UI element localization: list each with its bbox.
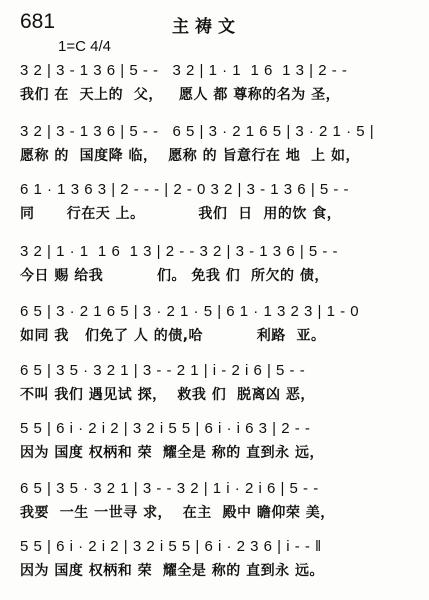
notation-line: 3 2 | 1 · 1 1 6 1 3 | 2 - - 3 2 | 3 - 1 … [20, 243, 338, 260]
lyrics-line: 如同 我 们免了 人 的债,哈 利路 亚。 [20, 325, 326, 345]
lyrics-line: 我要 一生 一世寻 求， 在主 殿中 瞻仰荣 美， [20, 502, 335, 522]
lyrics-line: 因为 国度 权柄和 荣 耀全是 称的 直到永 远， [20, 442, 324, 462]
lyrics-line: 不叫 我们 遇见试 探， 救我 们 脱离凶 恶， [20, 384, 315, 404]
lyrics-line: 因为 国度 权柄和 荣 耀全是 称的 直到永 远。 [20, 560, 324, 580]
notation-line: 5 5 | 6 i · 2 i 2 | 3 2 i 5 5 | 6 i · 2 … [20, 538, 322, 555]
hymn-title: 主祷文 [172, 12, 241, 37]
key-time-signature: 1=C 4/4 [58, 38, 111, 55]
notation-line: 6 5 | 3 · 2 1 6 5 | 3 · 2 1 · 5 | 6 1 · … [20, 303, 359, 320]
lyrics-line: 同 行在天 上。 我们 日 用的饮 食， [20, 203, 341, 223]
notation-line: 5 5 | 6 i · 2 i 2 | 3 2 i 5 5 | 6 i · i … [20, 420, 310, 437]
notation-line: 6 5 | 3 5 · 3 2 1 | 3 - - 2 1 | i - 2 i … [20, 362, 305, 379]
hymn-number: 681 [20, 10, 55, 34]
notation-line: 3 2 | 3 - 1 3 6 | 5 - - 6 5 | 3 · 2 1 6 … [20, 123, 374, 140]
lyrics-line: 愿称 的 国度降 临， 愿称 的 旨意行在 地 上 如， [20, 145, 360, 165]
notation-line: 3 2 | 3 - 1 3 6 | 5 - - 3 2 | 1 · 1 1 6 … [20, 62, 347, 79]
lyrics-line: 我们 在 天上的 父， 愿人 都 尊称的名为 圣， [20, 84, 340, 104]
notation-line: 6 5 | 3 5 · 3 2 1 | 3 - - 3 2 | 1 i · 2 … [20, 480, 319, 497]
notation-line: 6 1 · 1 3 6 3 | 2 - - - | 2 - 0 3 2 | 3 … [20, 181, 349, 198]
lyrics-line: 今日 赐 给我 们。 免我 们 所欠的 债， [20, 265, 329, 285]
